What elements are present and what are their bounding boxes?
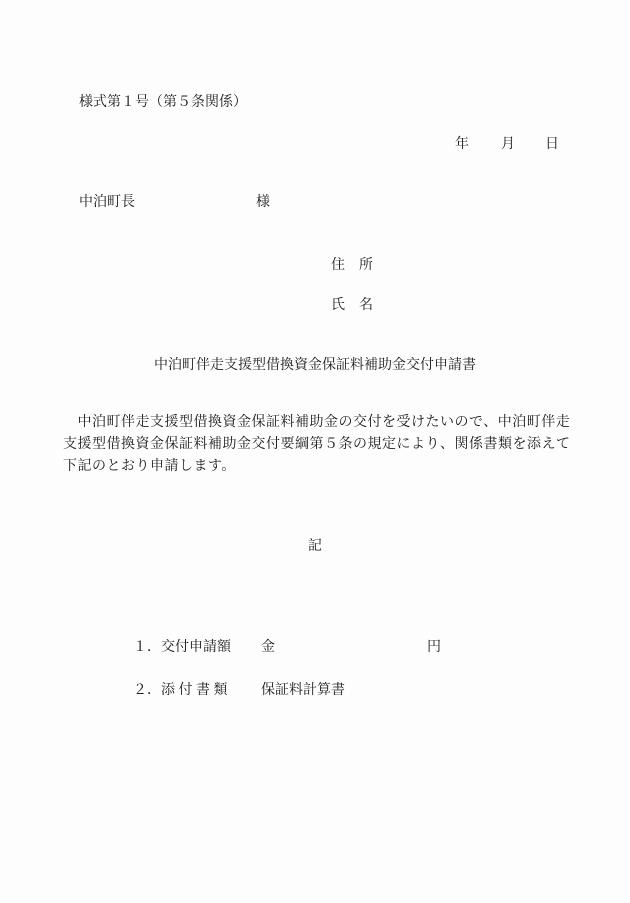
addressee-honorific: 様 bbox=[256, 193, 270, 213]
date-year-label: 年 bbox=[455, 135, 469, 155]
item-label: ２．添 付 書 類 bbox=[133, 681, 228, 701]
item-label: １．交付申請額 bbox=[133, 638, 231, 658]
item-value: 保証料計算書 bbox=[261, 681, 345, 701]
body-line: 下記のとおり申請します。 bbox=[63, 456, 569, 478]
date-day-label: 日 bbox=[545, 135, 559, 155]
body-line: 支援型借換資金保証料補助金交付要綱第５条の規定により、関係書類を添えて bbox=[63, 434, 569, 456]
date-month-label: 月 bbox=[501, 135, 515, 155]
amount-suffix: 円 bbox=[427, 638, 441, 658]
applicant-name-label: 氏 名 bbox=[331, 296, 373, 316]
body-paragraph: 中泊町伴走支援型借換資金保証料補助金の交付を受けたいので、中泊町伴走 支援型借換… bbox=[63, 412, 569, 478]
addressee-name: 中泊町長 bbox=[79, 193, 135, 213]
amount-prefix: 金 bbox=[261, 638, 275, 658]
applicant-address-label: 住 所 bbox=[331, 256, 373, 276]
document-title: 中泊町伴走支援型借換資金保証料補助金交付申請書 bbox=[0, 356, 630, 376]
body-line: 中泊町伴走支援型借換資金保証料補助金の交付を受けたいので、中泊町伴走 bbox=[63, 412, 569, 434]
application-form-page: 様式第１号（第５条関係） 年 月 日 中泊町長 様 住 所 氏 名 中泊町伴走支… bbox=[0, 0, 630, 903]
record-marker: 記 bbox=[0, 537, 630, 557]
form-number: 様式第１号（第５条関係） bbox=[79, 93, 247, 113]
